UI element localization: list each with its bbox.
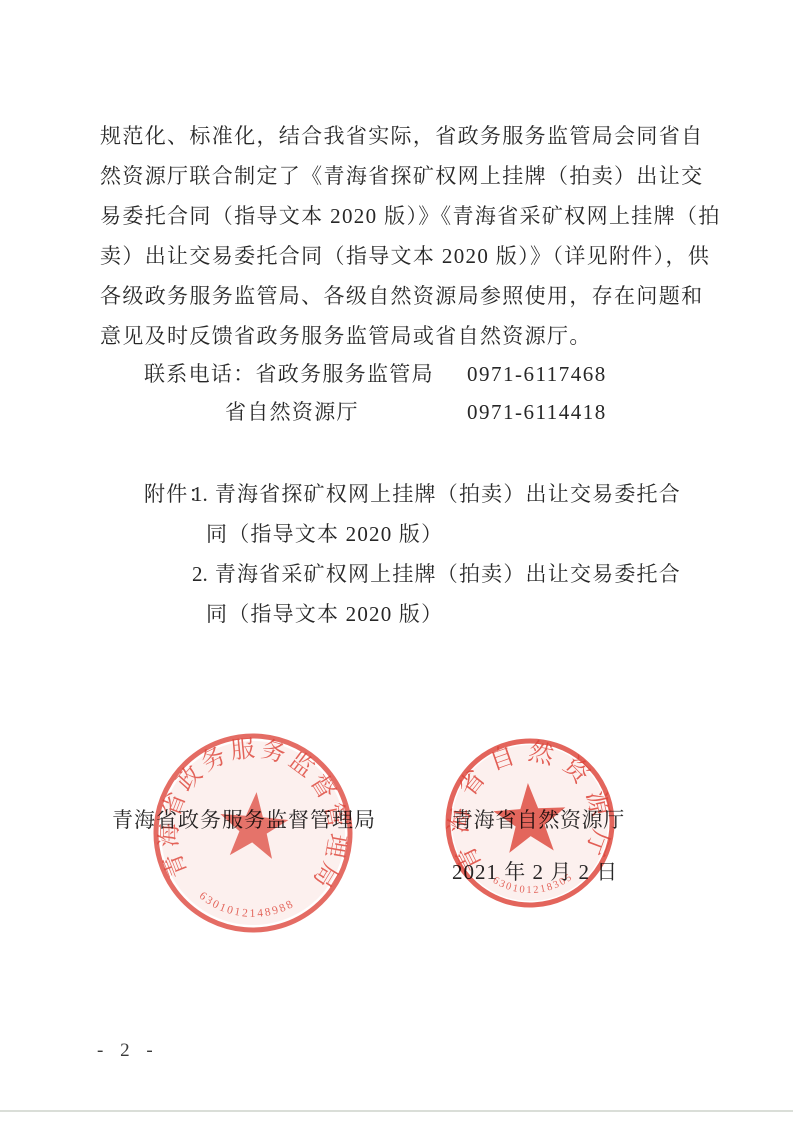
body-line: 各级政务服务监管局、各级自然资源局参照使用，存在问题和 (100, 276, 704, 316)
signature-right-agency: 青海省自然资源厅 (452, 805, 625, 835)
body-line: 卖）出让交易委托合同（指导文本 2020 版）》（详见附件），供 (100, 236, 704, 276)
svg-text:6301012148988: 6301012148988 (195, 889, 297, 924)
issue-date: 2021 年 2 月 2 日 (452, 857, 618, 887)
body-line: 意见及时反馈省政务服务监管局或省自然资源厅。 (100, 316, 704, 356)
attachment-continuation: 同（指导文本 2020 版） (206, 514, 443, 554)
attachment-item: 1.青海省探矿权网上挂牌（拍卖）出让交易委托合 (192, 474, 681, 514)
document-page: 规范化、标准化，结合我省实际，省政务服务监管局会同省自 然资源厅联合制定了《青海… (0, 0, 793, 1121)
seal-serial: 6301012148988 (195, 889, 297, 924)
contact-label: 联系电话：省政务服务监管局 (144, 354, 434, 394)
body-line: 易委托合同（指导文本 2020 版）》《青海省采矿权网上挂牌（拍 (100, 196, 704, 236)
page-number: - 2 - (97, 1038, 159, 1064)
signature-left-agency: 青海省政务服务监督管理局 (112, 805, 376, 835)
attachment-continuation: 同（指导文本 2020 版） (206, 594, 443, 634)
attachment-number: 2. (192, 562, 208, 586)
phone-number: 0971-6117468 (467, 354, 607, 394)
body-line: 然资源厅联合制定了《青海省探矿权网上挂牌（拍卖）出让交 (100, 156, 704, 196)
phone-number: 0971-6114418 (467, 392, 607, 432)
attachment-number: 1. (192, 482, 208, 506)
attachment-title: 青海省探矿权网上挂牌（拍卖）出让交易委托合 (215, 482, 681, 506)
body-line: 规范化、标准化，结合我省实际，省政务服务监管局会同省自 (100, 116, 704, 156)
attachment-item: 2.青海省采矿权网上挂牌（拍卖）出让交易委托合 (192, 554, 681, 594)
attachment-title: 青海省采矿权网上挂牌（拍卖）出让交易委托合 (215, 562, 681, 586)
agency-name: 省自然资源厅 (225, 392, 359, 432)
scan-edge-line (0, 1110, 793, 1112)
